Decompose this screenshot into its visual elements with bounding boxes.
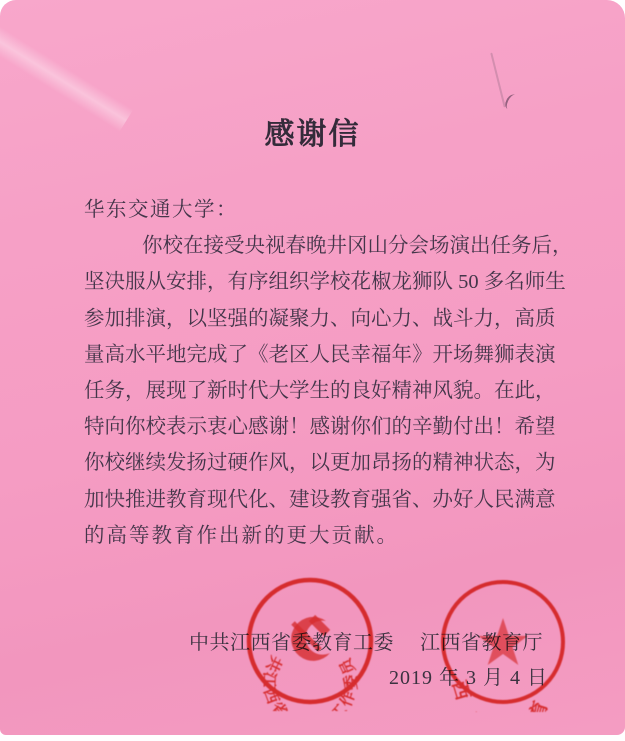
salutation: 华东交通大学： bbox=[84, 192, 541, 228]
body-line: 特向你校表示衷心感谢！感谢你们的辛勤付出！希望 bbox=[84, 409, 541, 445]
paper-crease bbox=[0, 14, 133, 131]
signature-orgs: 中共江西省委教育工委 江西省教育厅 bbox=[189, 631, 548, 655]
ink-smudge bbox=[503, 92, 520, 111]
pink-letter-paper: 感谢信 华东交通大学： 你校在接受央视春晚井冈山分会场演出任务后，坚决服从安排，… bbox=[0, 0, 625, 735]
thank-you-letter-photo: 感谢信 华东交通大学： 你校在接受央视春晚井冈山分会场演出任务后，坚决服从安排，… bbox=[0, 0, 625, 741]
body-line: 的高等教育作出新的更大贡献。 bbox=[84, 518, 541, 554]
body-line: 量高水平地完成了《老区人民幸福年》开场舞狮表演 bbox=[84, 337, 541, 373]
scratch-mark bbox=[490, 53, 505, 108]
body-line: 你校继续发扬过硬作风，以更加昂扬的精神状态，为 bbox=[84, 445, 541, 481]
body-line: 你校在接受央视春晚井冈山分会场演出任务后， bbox=[84, 228, 541, 264]
body-line: 参加排演，以坚强的凝聚力、向心力、战斗力，高质 bbox=[84, 301, 541, 337]
letter-body: 华东交通大学： 你校在接受央视春晚井冈山分会场演出任务后，坚决服从安排，有序组织… bbox=[84, 192, 541, 554]
letter-paragraph: 你校在接受央视春晚井冈山分会场演出任务后，坚决服从安排，有序组织学校花椒龙狮队 … bbox=[84, 228, 541, 554]
signature-block: 中共江西省委教育工委 江西省教育厅 2019 年 3 月 4 日 bbox=[189, 631, 548, 690]
letter-title: 感谢信 bbox=[0, 117, 625, 153]
signature-date: 2019 年 3 月 4 日 bbox=[189, 666, 548, 690]
body-line: 任务，展现了新时代大学生的良好精神风貌。在此， bbox=[84, 373, 541, 409]
body-line: 坚决服从安排，有序组织学校花椒龙狮队 50 多名师生 bbox=[84, 264, 541, 300]
body-line: 加快推进教育现代化、建设教育强省、办好人民满意 bbox=[84, 482, 541, 518]
